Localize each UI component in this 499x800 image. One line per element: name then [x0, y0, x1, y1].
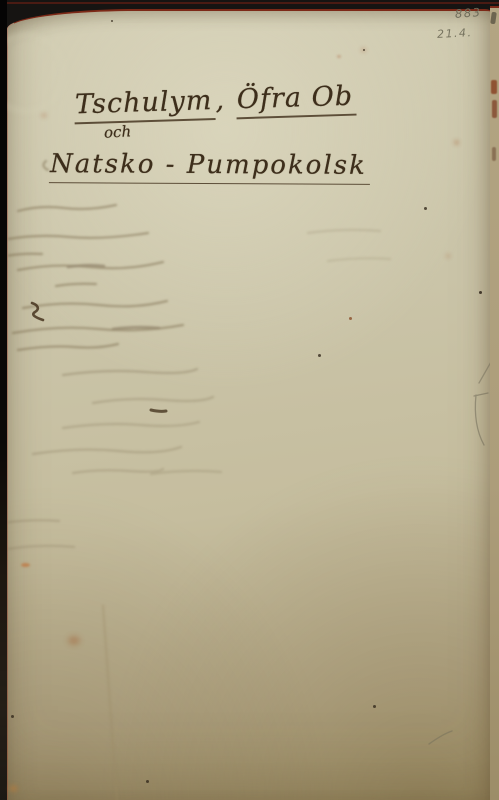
binding-edge-shadow [0, 0, 7, 800]
stain [454, 140, 459, 145]
stain [337, 55, 341, 58]
fore-edge-ink-smudge [492, 147, 496, 161]
speck [373, 705, 376, 708]
page-number: 883 [455, 5, 482, 21]
stain [21, 563, 30, 567]
stain [9, 785, 18, 792]
speck [349, 317, 352, 320]
stain [446, 254, 450, 258]
speck [479, 291, 482, 294]
heading-word-och: och [104, 122, 132, 141]
speck [11, 715, 14, 718]
stain [68, 636, 80, 645]
heading-line3: Natsko - Pumpokolsk [49, 149, 370, 181]
fore-edge-ink-smudge [491, 80, 497, 94]
fore-edge-pencil-mark [490, 12, 497, 25]
stain [41, 113, 47, 118]
title-natsko-pumpokolsk: Natsko - Pumpokolsk [49, 149, 370, 185]
ink-and-pencil-marks [8, 11, 491, 800]
title-comma: , [215, 85, 228, 116]
title-word-tschulym: Tschulym [74, 85, 216, 124]
title-word-oefra-ob: Öfra Ob [235, 81, 356, 120]
speck [318, 354, 321, 357]
speck [111, 20, 113, 22]
archival-date-note: 21.4. [437, 26, 473, 41]
scan-background: { "document": { "heading": { "line1_word… [0, 0, 499, 800]
speck [424, 207, 427, 210]
book-cover-edge-line [0, 2, 499, 4]
speck [363, 49, 365, 51]
fore-edge-ink-smudge [492, 100, 497, 118]
manuscript-page: 883 21.4. Tschulym,Öfra Ob och Natsko - … [7, 9, 491, 800]
speck [146, 780, 149, 783]
fore-edge-pages [490, 6, 499, 800]
